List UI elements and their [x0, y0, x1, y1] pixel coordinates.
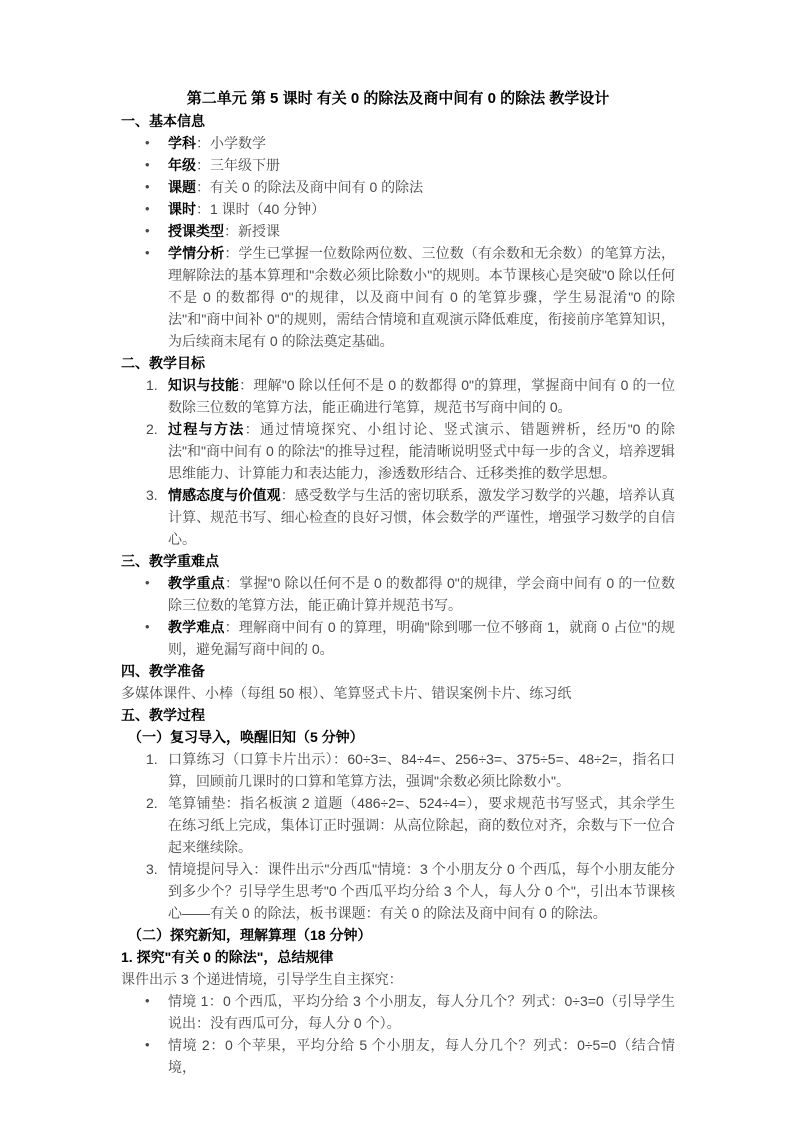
section-heading: 三、教学重难点: [121, 550, 675, 572]
sub-section-heading: （一）复习导入，唤醒旧知（5 分钟）: [121, 726, 675, 748]
numbered-list-item: 3.情感态度与价值观：感受数学与生活的密切联系，激发学习数学的兴趣，培养认真计算…: [121, 484, 675, 550]
item-label: 课题: [168, 179, 196, 195]
bullet-marker: •: [145, 132, 150, 154]
bullet-list-item: •课时：1 课时（40 分钟）: [121, 198, 675, 220]
numbered-list-item: 1.知识与技能：理解"0 除以任何不是 0 的数都得 0"的算理，掌握商中间有 …: [121, 374, 675, 418]
bullet-list-item: •情境 1：0 个西瓜，平均分给 3 个小朋友，每人分几个？列式：0÷3=0（引…: [121, 990, 675, 1034]
bullet-marker: •: [145, 198, 150, 220]
item-label: 课时: [168, 201, 196, 217]
document-page: 第二单元 第 5 课时 有关 0 的除法及商中间有 0 的除法 教学设计 一、基…: [0, 0, 794, 1123]
numbered-list-item: 1.口算练习（口算卡片出示）：60÷3=、84÷4=、256÷3=、375÷5=…: [121, 748, 675, 792]
bullet-list-item: •课题：有关 0 的除法及商中间有 0 的除法: [121, 176, 675, 198]
bullet-marker: •: [145, 176, 150, 198]
bullet-list-item: •年级：三年级下册: [121, 154, 675, 176]
bullet-marker: •: [145, 242, 150, 264]
bullet-marker: •: [145, 1034, 150, 1056]
item-text: 笔算铺垫：指名板演 2 道题（486÷2=、524÷4=），要求规范书写竖式，其…: [168, 795, 675, 855]
item-text: ：新授课: [224, 223, 280, 239]
item-text: ：三年级下册: [196, 157, 280, 173]
item-label: 授课类型: [168, 223, 224, 239]
item-text: 情境提问导入：课件出示"分西瓜"情境：3 个小朋友分 0 个西瓜，每个小朋友能分…: [168, 861, 675, 921]
bullet-marker: •: [145, 220, 150, 242]
bullet-marker: •: [145, 154, 150, 176]
bullet-marker: •: [145, 572, 150, 594]
item-label: 知识与技能: [168, 377, 239, 393]
section-heading: 五、教学过程: [121, 704, 675, 726]
paragraph: 多媒体课件、小棒（每组 50 根）、笔算竖式卡片、错误案例卡片、练习纸: [121, 682, 675, 704]
item-label: 学科: [168, 135, 196, 151]
item-text: ：理解商中间有 0 的算理，明确"除到哪一位不够商 1，就商 0 占位"的规则，…: [168, 619, 675, 657]
item-label: 年级: [168, 157, 196, 173]
item-label: 过程与方法: [168, 421, 245, 437]
bullet-marker: •: [145, 616, 150, 638]
numbered-list-item: 2.过程与方法：通过情境探究、小组讨论、竖式演示、错题辨析，经历"0 的除法"和…: [121, 418, 675, 484]
section-heading: 二、教学目标: [121, 352, 675, 374]
item-text: 情境 2：0 个苹果，平均分给 5 个小朋友，每人分几个？列式：0÷5=0（结合…: [168, 1037, 675, 1075]
bullet-list-item: •学科：小学数学: [121, 132, 675, 154]
paragraph: 课件出示 3 个递进情境，引导学生自主探究：: [121, 968, 675, 990]
sub-section-heading: （二）探究新知，理解算理（18 分钟）: [121, 924, 675, 946]
document-title: 第二单元 第 5 课时 有关 0 的除法及商中间有 0 的除法 教学设计: [121, 88, 675, 110]
document-content: 第二单元 第 5 课时 有关 0 的除法及商中间有 0 的除法 教学设计 一、基…: [0, 0, 794, 1078]
item-label: 学情分析: [168, 245, 224, 261]
bullet-marker: •: [145, 990, 150, 1012]
item-text: ：小学数学: [196, 135, 266, 151]
bullet-list-item: •授课类型：新授课: [121, 220, 675, 242]
numbered-list-item: 2.笔算铺垫：指名板演 2 道题（486÷2=、524÷4=），要求规范书写竖式…: [121, 792, 675, 858]
item-text: ：有关 0 的除法及商中间有 0 的除法: [196, 179, 423, 195]
numbered-list-item: 3.情境提问导入：课件出示"分西瓜"情境：3 个小朋友分 0 个西瓜，每个小朋友…: [121, 858, 675, 924]
bullet-list-item: •教学难点：理解商中间有 0 的算理，明确"除到哪一位不够商 1，就商 0 占位…: [121, 616, 675, 660]
bullet-list-item: •情境 2：0 个苹果，平均分给 5 个小朋友，每人分几个？列式：0÷5=0（结…: [121, 1034, 675, 1078]
item-label: 教学重点: [168, 575, 225, 591]
number-marker: 1.: [146, 748, 158, 770]
item-text: ：理解"0 除以任何不是 0 的数都得 0"的算理，掌握商中间有 0 的一位数除…: [168, 377, 675, 415]
item-text: 情境 1：0 个西瓜，平均分给 3 个小朋友，每人分几个？列式：0÷3=0（引导…: [168, 993, 675, 1031]
number-marker: 3.: [146, 484, 158, 506]
section-heading: 一、基本信息: [121, 110, 675, 132]
item-text: ：学生已掌握一位数除两位数、三位数（有余数和无余数）的笔算方法，理解除法的基本算…: [168, 245, 675, 349]
sub-point-heading: 1. 探究"有关 0 的除法"，总结规律: [121, 946, 675, 968]
number-marker: 1.: [146, 374, 158, 396]
item-text: ：1 课时（40 分钟）: [196, 201, 325, 217]
item-text: 口算练习（口算卡片出示）：60÷3=、84÷4=、256÷3=、375÷5=、4…: [168, 751, 675, 789]
bullet-list-item: •教学重点：掌握"0 除以任何不是 0 的数都得 0"的规律，学会商中间有 0 …: [121, 572, 675, 616]
item-text: ：掌握"0 除以任何不是 0 的数都得 0"的规律，学会商中间有 0 的一位数除…: [168, 575, 675, 613]
item-text: ：通过情境探究、小组讨论、竖式演示、错题辨析，经历"0 的除法"和"商中间有 0…: [168, 421, 675, 481]
number-marker: 2.: [146, 792, 158, 814]
section-heading: 四、教学准备: [121, 660, 675, 682]
document-body: 一、基本信息•学科：小学数学•年级：三年级下册•课题：有关 0 的除法及商中间有…: [121, 110, 675, 1078]
bullet-list-item: •学情分析：学生已掌握一位数除两位数、三位数（有余数和无余数）的笔算方法，理解除…: [121, 242, 675, 352]
item-label: 情感态度与价值观: [168, 487, 281, 503]
number-marker: 2.: [146, 418, 158, 440]
number-marker: 3.: [146, 858, 158, 880]
item-label: 教学难点: [168, 619, 225, 635]
